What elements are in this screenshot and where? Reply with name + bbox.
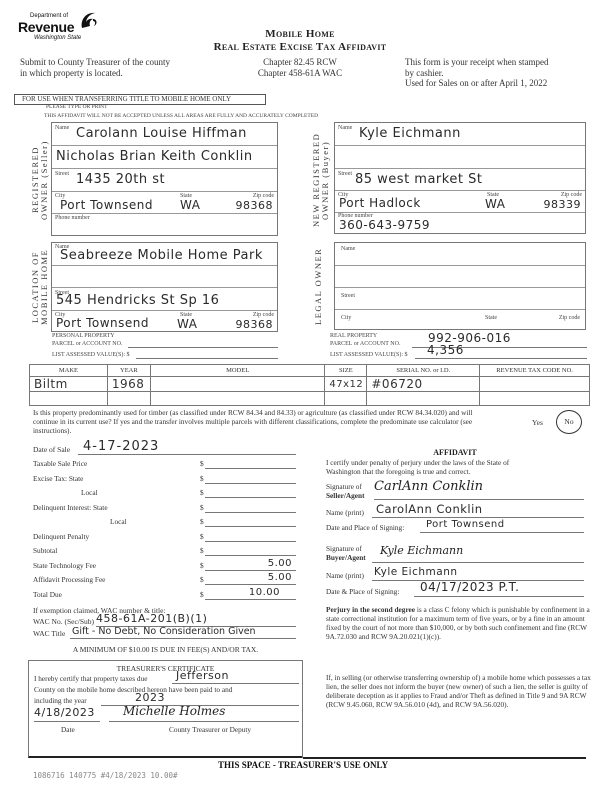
receipt-notice: This form is your receipt when stamped b… — [405, 57, 548, 89]
date-of-sale-label: Date of Sale — [33, 445, 70, 454]
rp-label-1: REAL PROPERTY — [330, 333, 377, 339]
location-street[interactable]: 545 Hendricks St Sp 16 — [56, 293, 219, 308]
buyer-signature[interactable]: Kyle Eichmann — [380, 544, 463, 557]
seller-signature-label: Signature of Seller/Agent — [326, 482, 365, 500]
seller-state[interactable]: WA — [180, 198, 200, 212]
perjury-bold: Perjury in the second degree — [326, 605, 415, 614]
fee-delinquent-interest-local[interactable]: Local $ — [33, 517, 296, 529]
wac-title-label: WAC Title — [33, 629, 65, 638]
perjury-notice: Perjury in the second degree is a class … — [326, 605, 592, 641]
timber-yes-option[interactable]: Yes — [532, 418, 543, 427]
location-name-row-2[interactable] — [52, 266, 277, 288]
buyer-date-place-label: Date & Place of Signing: — [326, 587, 399, 596]
make-cell[interactable] — [30, 392, 108, 406]
make-cell[interactable]: Biltm — [30, 377, 108, 392]
fee-excise-local[interactable]: Local $ — [33, 488, 296, 500]
pp-account-field[interactable] — [128, 339, 278, 348]
buyer-name-label: Name — [338, 125, 352, 131]
fee-label: Delinquent Interest: State — [33, 503, 108, 512]
col-make: MAKE — [30, 365, 108, 377]
fee-total-due[interactable]: Total Due $ 10.00 — [33, 590, 296, 602]
seller-name-print-label: Name (print) — [326, 508, 364, 517]
location-street-row[interactable]: Street 545 Hendricks St Sp 16 — [52, 288, 277, 311]
treasurer-certificate-title: TREASURER'S CERTIFICATE — [29, 664, 302, 673]
legal-street-row[interactable]: Street — [335, 288, 585, 310]
fee-label: Delinquent Penalty — [33, 532, 89, 541]
buyer-signature-label: Signature of Buyer/Agent — [326, 544, 366, 562]
buyer-name-row-1[interactable]: Name Kyle Eichmann — [335, 123, 585, 146]
fee-affidavit-processing[interactable]: Affidavit Processing Fee $ 5.00 — [33, 575, 296, 587]
year-cell[interactable] — [107, 392, 150, 406]
cert-date-value[interactable]: 4/18/2023 — [34, 706, 95, 719]
fee-label: Total Due — [33, 590, 62, 599]
pp-assessed-field[interactable] — [136, 350, 278, 359]
fee-value[interactable]: 5.00 — [268, 572, 292, 583]
buyer-label-2: OWNER (Buyer) — [320, 140, 330, 219]
fee-value[interactable]: 5.00 — [268, 558, 292, 569]
fee-label: Local — [81, 488, 98, 497]
currency-sign: $ — [200, 503, 204, 512]
fee-excise-state[interactable]: Excise Tax: State $ — [33, 474, 296, 486]
cert-date-label: Date — [61, 725, 75, 734]
logo-revenue: Revenue — [18, 19, 74, 35]
treasurer-use-only-label: THIS SPACE - TREASURER'S USE ONLY — [218, 760, 388, 770]
seller-city-row[interactable]: City State Zip code Port Townsend WA 983… — [52, 192, 277, 214]
legal-name-row-1[interactable]: Name — [335, 243, 585, 266]
currency-sign: $ — [200, 532, 204, 541]
date-of-sale-field[interactable]: 4-17-2023 — [78, 447, 296, 455]
buyer-name-print[interactable]: Kyle Eichmann — [374, 566, 458, 578]
fee-delinquent-interest-state[interactable]: Delinquent Interest: State $ — [33, 503, 296, 515]
submit-line-2: in which property is located. — [20, 68, 170, 79]
affidavit-certify: I certify under penalty of perjury under… — [326, 458, 591, 476]
affidavit-certify-line-1: I certify under penalty of perjury under… — [326, 458, 591, 467]
cert-date-field[interactable]: 4/18/2023 — [34, 714, 100, 722]
pp-label-1: PERSONAL PROPERTY — [52, 333, 115, 339]
minimum-due-notice: A MINIMUM OF $10.00 IS DUE IN FEE(S) AND… — [33, 645, 298, 654]
pp-label-2: PARCEL or ACCOUNT NO. — [52, 341, 122, 347]
seller-name-2[interactable]: Nicholas Brian Keith Conklin — [56, 149, 253, 164]
location-zip[interactable]: 98368 — [236, 318, 274, 331]
location-name-1[interactable]: Seabreeze Mobile Home Park — [60, 248, 263, 263]
buyer-box: Name Kyle Eichmann Street 85 west market… — [334, 122, 586, 234]
timber-question: Is this property predominantly used for … — [33, 408, 488, 435]
currency-sign: $ — [200, 561, 204, 570]
wac-no-label: WAC No. (Sec/Sub) — [33, 617, 94, 626]
model-cell[interactable] — [150, 377, 325, 392]
seller-section-label: REGISTERED OWNER (Seller) — [31, 125, 53, 235]
county-field[interactable]: Jefferson — [172, 676, 299, 684]
currency-sign: $ — [200, 459, 204, 468]
buyer-name-1[interactable]: Kyle Eichmann — [359, 126, 461, 141]
seller-date-place-field[interactable]: Port Townsend — [420, 525, 584, 533]
county-text: County on the mobile home described here… — [34, 685, 232, 694]
location-state[interactable]: WA — [177, 317, 197, 331]
currency-sign: $ — [200, 474, 204, 483]
seller-date-place-label: Date and Place of Signing: — [326, 523, 404, 532]
table-row — [30, 392, 590, 406]
location-box: Name Seabreeze Mobile Home Park Street 5… — [51, 242, 278, 332]
rp-label-2: PARCEL or ACCOUNT NO. — [330, 341, 400, 347]
buyer-street-row[interactable]: Street 85 west market St — [335, 169, 585, 191]
receipt-line-1: This form is your receipt when stamped — [405, 57, 548, 68]
buyer-date-place-field[interactable]: 04/17/2023 P.T. — [414, 589, 584, 597]
seller-city[interactable]: Port Townsend — [60, 198, 153, 212]
seller-sig-label-2: Seller/Agent — [326, 491, 365, 500]
submit-line-1: Submit to County Treasurer of the county — [20, 57, 170, 68]
treasurer-use-rule — [303, 757, 586, 759]
dor-swoosh-icon — [78, 10, 100, 32]
buyer-city[interactable]: Port Hadlock — [339, 196, 421, 210]
buyer-name-print-label: Name (print) — [326, 571, 364, 580]
mobile-home-table: MAKE YEAR MODEL SIZE SERIAL NO. or I.D. … — [29, 364, 590, 406]
buyer-phone-row[interactable]: Phone number 360-643-9759 — [335, 213, 585, 235]
table-header-row: MAKE YEAR MODEL SIZE SERIAL NO. or I.D. … — [30, 365, 590, 377]
including-year-text: including the year — [34, 696, 87, 705]
certify-text: I hereby certify that property taxes due — [34, 674, 147, 683]
treasurer-signature[interactable]: Michelle Holmes — [123, 704, 225, 718]
date-of-sale-value[interactable]: 4-17-2023 — [83, 439, 159, 454]
location-city[interactable]: Port Townsend — [56, 316, 149, 330]
seller-name-label: Name — [55, 125, 69, 131]
col-tax-code: REVENUE TAX CODE NO. — [480, 365, 590, 377]
seller-street-label: Street — [55, 171, 69, 177]
wac-title-value[interactable]: Gift - No Debt, No Consideration Given — [72, 626, 256, 637]
column-divider — [302, 670, 303, 758]
seller-signature[interactable]: CarlAnn Conklin — [374, 479, 483, 494]
chapter-wac: Chapter 458-61A WAC — [240, 68, 360, 79]
buyer-state[interactable]: WA — [485, 197, 505, 211]
legal-owner-box: Name Street City State Zip code — [334, 242, 586, 330]
year-value[interactable]: 2023 — [135, 691, 165, 704]
tax-code-cell[interactable] — [480, 392, 590, 406]
legal-state-label: State — [485, 315, 497, 321]
fee-label: Excise Tax: State — [33, 474, 83, 483]
col-serial: SERIAL NO. or I.D. — [367, 365, 480, 377]
buyer-phone[interactable]: 360-643-9759 — [339, 218, 430, 232]
buyer-zip[interactable]: 98339 — [544, 198, 582, 211]
seller-zip[interactable]: 98368 — [236, 199, 274, 212]
seller-label-2: OWNER (Seller) — [39, 140, 49, 220]
rp-assessed-field[interactable]: 4,356 — [415, 350, 587, 359]
size-cell[interactable]: 47x12 — [325, 377, 367, 392]
buyer-sig-label-2: Buyer/Agent — [326, 553, 366, 562]
acceptance-notice: THIS AFFIDAVIT WILL NOT BE ACCEPTED UNLE… — [44, 113, 318, 119]
currency-sign: $ — [200, 517, 204, 526]
fee-label: Local — [110, 517, 127, 526]
pp-assessed-label: LIST ASSESSED VALUE(S): $ — [52, 352, 130, 358]
location-section-label: LOCATION OF MOBILE HOME — [31, 242, 53, 332]
fee-taxable-sale-price[interactable]: Taxable Sale Price $ — [33, 459, 296, 471]
seller-name-1[interactable]: Carolann Louise Hiffman — [76, 126, 247, 141]
buyer-street[interactable]: 85 west market St — [355, 172, 482, 187]
currency-sign: $ — [200, 488, 204, 497]
county-value[interactable]: Jefferson — [176, 669, 229, 682]
seller-name-row-2[interactable]: Nicholas Brian Keith Conklin — [52, 146, 277, 169]
treasurer-signature-field[interactable]: Michelle Holmes — [109, 714, 299, 722]
timber-no-option-selected[interactable]: No — [556, 410, 582, 434]
year-cell[interactable]: 1968 — [107, 377, 150, 392]
form-title-line2: Real Estate Excise Tax Affidavit — [180, 41, 420, 53]
buyer-signature-field[interactable]: Kyle Eichmann — [372, 554, 584, 563]
location-name-row-1[interactable]: Name Seabreeze Mobile Home Park — [52, 243, 277, 266]
serial-cell[interactable]: #06720 — [367, 377, 480, 392]
affidavit-title: AFFIDAVIT — [330, 448, 580, 457]
wac-title-field[interactable]: Gift - No Debt, No Consideration Given — [70, 631, 296, 639]
legal-zip-label: Zip code — [559, 315, 580, 321]
chapter-rcw: Chapter 82.45 RCW — [240, 57, 360, 68]
receipt-line-2: by cashier. — [405, 68, 548, 79]
seller-street[interactable]: 1435 20th st — [76, 172, 165, 187]
model-cell[interactable] — [150, 392, 325, 406]
lien-notice: If, in selling (or otherwise transferrin… — [326, 673, 592, 709]
col-year: YEAR — [107, 365, 150, 377]
wac-no-value[interactable]: 458-61A-201(B)(1) — [96, 612, 207, 625]
fee-label: Affidavit Processing Fee — [33, 575, 105, 584]
dor-logo: Department of Revenue Washington State — [18, 10, 98, 46]
form-title-line1: Mobile Home — [200, 28, 400, 40]
buyer-street-label: Street — [338, 171, 352, 177]
col-size: SIZE — [325, 365, 367, 377]
serial-cell[interactable] — [367, 392, 480, 406]
seller-sig-label-1: Signature of — [326, 482, 365, 491]
logo-state: Washington State — [34, 35, 81, 41]
table-row: Biltm 1968 47x12 #06720 — [30, 377, 590, 392]
fee-subtotal[interactable]: Subtotal $ — [33, 546, 296, 558]
seller-name-print[interactable]: CarolAnn Conklin — [376, 502, 483, 516]
rp-assessed-value[interactable]: 4,356 — [427, 343, 464, 357]
currency-sign: $ — [200, 575, 204, 584]
fee-state-technology[interactable]: State Technology Fee $ 5.00 — [33, 561, 296, 573]
currency-sign: $ — [200, 546, 204, 555]
seller-date-place[interactable]: Port Townsend — [426, 519, 505, 530]
legal-street-label: Street — [341, 293, 355, 299]
seller-box: Name Carolann Louise Hiffman Nicholas Br… — [51, 122, 278, 236]
fee-label: Subtotal — [33, 546, 57, 555]
receipt-line-3: Used for Sales on or after April 1, 2022 — [405, 78, 548, 89]
legal-name-row-2[interactable] — [335, 266, 585, 288]
legal-name-label: Name — [341, 246, 355, 252]
seller-street-row[interactable]: Street 1435 20th st — [52, 169, 277, 192]
legal-city-label: City — [341, 315, 351, 321]
buyer-name-row-2[interactable] — [335, 146, 585, 169]
please-type-notice: PLEASE TYPE OR PRINT — [46, 104, 107, 110]
tax-code-cell[interactable] — [480, 377, 590, 392]
col-model: MODEL — [150, 365, 325, 377]
rp-assessed-label: LIST ASSESSED VALUE(S): $ — [330, 352, 408, 358]
seller-name-row-1[interactable]: Name Carolann Louise Hiffman — [52, 123, 277, 146]
seller-phone-row[interactable]: Phone number — [52, 214, 277, 237]
size-cell[interactable] — [325, 392, 367, 406]
fee-label: State Technology Fee — [33, 561, 96, 570]
treasurer-signer-label: County Treasurer or Deputy — [169, 725, 251, 734]
seller-signature-field[interactable]: CarlAnn Conklin — [374, 491, 584, 500]
buyer-sig-label-1: Signature of — [326, 544, 366, 553]
treasurer-certificate: TREASURER'S CERTIFICATE I hereby certify… — [28, 660, 303, 758]
seller-name-print-field[interactable]: CarolAnn Conklin — [372, 510, 584, 518]
location-city-row[interactable]: City State Zip code Port Townsend WA 983… — [52, 311, 277, 333]
seller-phone-label: Phone number — [55, 215, 90, 221]
chapter-references: Chapter 82.45 RCW Chapter 458-61A WAC — [240, 57, 360, 78]
fee-value[interactable]: 10.00 — [249, 587, 280, 598]
currency-sign: $ — [200, 590, 204, 599]
buyer-section-label: NEW REGISTERED OWNER (Buyer) — [312, 125, 334, 235]
location-label-2: MOBILE HOME — [39, 249, 49, 325]
legal-owner-section-label: LEGAL OWNER — [314, 242, 330, 330]
cashier-stamp: 1086716 140775 #4/18/2023 10.00# — [33, 771, 178, 780]
affidavit-certify-line-2: Washington that the foregoing is true an… — [326, 467, 591, 476]
buyer-date-place[interactable]: 04/17/2023 P.T. — [420, 580, 519, 594]
legal-city-row[interactable]: City State Zip code — [335, 310, 585, 331]
fee-delinquent-penalty[interactable]: Delinquent Penalty $ — [33, 532, 296, 544]
fee-label: Taxable Sale Price — [33, 459, 87, 468]
submit-instructions: Submit to County Treasurer of the county… — [20, 57, 170, 78]
buyer-city-row[interactable]: City State Zip code Port Hadlock WA 9833… — [335, 191, 585, 213]
